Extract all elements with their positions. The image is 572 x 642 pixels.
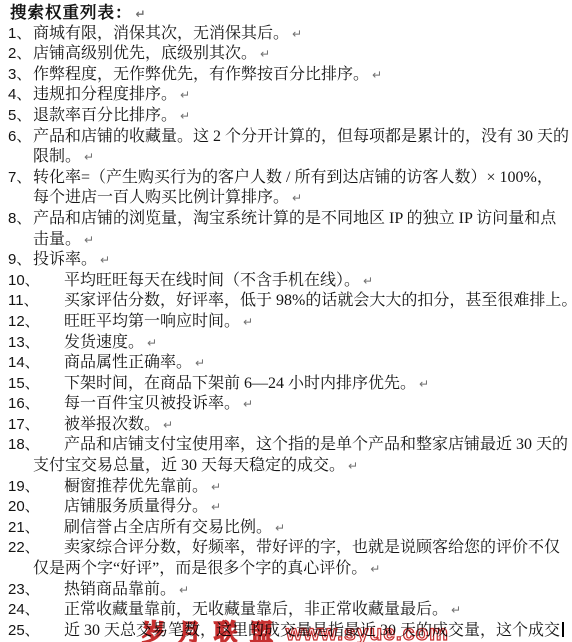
paragraph-mark-icon: ↵	[195, 356, 205, 370]
list-item-line: 19、橱窗推荐优先靠前。↵	[8, 477, 572, 498]
list-item-text: 正常收藏量靠前，无收藏量靠后，非正常收藏量最后。	[64, 601, 448, 618]
paragraph-mark-icon: ↵	[243, 315, 253, 329]
list-item-number: 12、	[8, 312, 64, 333]
list-item-line: 4、违规扣分程度排序。↵	[8, 85, 572, 106]
list-item-line: 12、旺旺平均第一响应时间。↵	[8, 312, 572, 333]
list-item-line: 11、买家评估分数，好评率，低于 98%的话就会大大的扣分，甚至很难排上。↵	[8, 291, 572, 312]
list-item-number: 10、	[8, 271, 64, 292]
list-item-text: 商城有限，消保其次，无消保其后。	[33, 25, 289, 42]
paragraph-mark-icon: ↵	[292, 27, 302, 41]
paragraph-mark-icon: ↵	[243, 397, 253, 411]
list-item-line: 9、投诉率。↵	[8, 250, 572, 271]
list-item-text: 店铺高级别优先，底级别其次。	[33, 45, 257, 62]
list-item-number: 4、	[8, 85, 33, 106]
list-item-text: 橱窗推荐优先靠前。	[64, 478, 208, 495]
list-item-number: 3、	[8, 65, 33, 86]
list-item-number: 17、	[8, 415, 64, 436]
list-item-text: 支付宝交易总量，近 30 天每天稳定的成交。	[33, 457, 345, 474]
list-item-text: 击量。	[33, 231, 81, 248]
list-item-text: 发货速度。	[64, 334, 144, 351]
list-item-text: 产品和店铺的收藏量。这 2 个分开计算的，但每项都是累计的，没有 30 天的	[33, 128, 569, 145]
paragraph-mark-icon: ↵	[419, 377, 429, 391]
list-item-number: 25、	[8, 621, 64, 642]
list-item-text: 产品和店铺的浏览量，淘宝系统计算的是不同地区 IP 的独立 IP 访问量和点	[33, 210, 556, 227]
list-item-line: 23、热销商品靠前。↵	[8, 580, 572, 601]
list-item-number: 20、	[8, 497, 64, 518]
list-item-line: 22、卖家综合评分数，好频率，带好评的字，也就是说顾客给您的评价不仅	[8, 538, 572, 559]
paragraph-mark-icon: ↵	[211, 480, 221, 494]
list-item-text: 仅是两个字“好评”，而是很多个字的真心评价。	[33, 560, 367, 577]
list-item-number: 7、	[8, 168, 33, 189]
list-item-line: 7、转化率=（产生购买行为的客户人数 / 所有到达店铺的访客人数）× 100%，	[8, 168, 572, 189]
list-item-text: 买家评估分数，好评率，低于 98%的话就会大大的扣分，甚至很难排上。	[64, 292, 572, 309]
list-item-line: 击量。↵	[8, 230, 572, 251]
paragraph-mark-icon: ↵	[211, 500, 221, 514]
list-item-number: 5、	[8, 106, 33, 127]
list-item-line: 16、每一百件宝贝被投诉率。↵	[8, 394, 572, 415]
list-item-line: 20、店铺服务质量得分。↵	[8, 497, 572, 518]
list-item-number: 1、	[8, 24, 33, 45]
list-item-text: 违规扣分程度排序。	[33, 86, 177, 103]
list-item-line: 6、产品和店铺的收藏量。这 2 个分开计算的，但每项都是累计的，没有 30 天的	[8, 127, 572, 148]
list-item-line: 14、商品属性正确率。↵	[8, 353, 572, 374]
list-item-number: 15、	[8, 374, 64, 395]
list-item-line: 15、下架时间，在商品下架前 6—24 小时内排序优先。↵	[8, 374, 572, 395]
list-item-text: 每一百件宝贝被投诉率。	[64, 395, 240, 412]
list-item-text: 限制。	[33, 148, 81, 165]
list-item-text: 热销商品靠前。	[64, 581, 176, 598]
list-item-text: 商品属性正确率。	[64, 354, 192, 371]
list-item-text: 店铺服务质量得分。	[64, 498, 208, 515]
list-item-text: 产品和店铺支付宝使用率，这个指的是单个产品和整家店铺最近 30 天的	[64, 436, 568, 453]
paragraph-mark-icon: ↵	[84, 150, 94, 164]
list-item-text: 平均旺旺每天在线时间（不含手机在线）。	[64, 272, 360, 289]
page-title: 搜索权重列表：	[10, 3, 133, 22]
paragraph-mark-icon: ↵	[372, 68, 382, 82]
list-item-number: 11、	[8, 291, 64, 312]
paragraph-mark-icon: ↵	[147, 336, 157, 350]
paragraph-mark-icon: ↵	[136, 7, 147, 21]
list-item-line: 24、正常收藏量靠前，无收藏量靠后，非正常收藏量最后。↵	[8, 600, 572, 621]
list-item-text: 卖家综合评分数，好频率，带好评的字，也就是说顾客给您的评价不仅	[64, 539, 560, 556]
paragraph-mark-icon: ↵	[260, 47, 270, 61]
list-item-number: 24、	[8, 600, 64, 621]
list-item-text: 作弊程度，无作弊优先，有作弊按百分比排序。	[33, 66, 369, 83]
list-item-line: 5、退款率百分比排序。↵	[8, 106, 572, 127]
list-item-number: 19、	[8, 477, 64, 498]
list-item-line: 18、产品和店铺支付宝使用率，这个指的是单个产品和整家店铺最近 30 天的	[8, 435, 572, 456]
list-item-line: 支付宝交易总量，近 30 天每天稳定的成交。↵	[8, 456, 572, 477]
list-item-text: 刷信誉占全店所有交易比例。	[64, 519, 272, 536]
paragraph-mark-icon: ↵	[451, 603, 461, 617]
list-item-number: 18、	[8, 435, 64, 456]
list-item-line: 13、发货速度。↵	[8, 333, 572, 354]
list-item-number: 14、	[8, 353, 64, 374]
paragraph-mark-icon: ↵	[179, 583, 189, 597]
list-item-number: 16、	[8, 394, 64, 415]
paragraph-mark-icon: ↵	[84, 233, 94, 247]
title-line: 搜索权重列表：↵	[8, 3, 572, 24]
text-cursor	[562, 622, 564, 637]
list-item-number: 2、	[8, 44, 33, 65]
list-item-number: 22、	[8, 538, 64, 559]
paragraph-mark-icon: ↵	[292, 191, 302, 205]
list-item-text: 被举报次数。	[64, 416, 160, 433]
list-item-line: 25、近 30 天总交易笔数，这里的成交量是指最近 30 天的成交量，这个成交	[8, 621, 572, 642]
list-item-number: 13、	[8, 333, 64, 354]
list-item-line: 限制。↵	[8, 147, 572, 168]
list-item-text: 近 30 天总交易笔数，这里的成交量是指最近 30 天的成交量，这个成交	[64, 622, 560, 639]
list-item-text: 退款率百分比排序。	[33, 107, 177, 124]
document-page[interactable]: 搜索权重列表：↵ 1、商城有限，消保其次，无消保其后。↵2、店铺高级别优先，底级…	[0, 0, 572, 642]
list-item-line: 17、被举报次数。↵	[8, 415, 572, 436]
paragraph-mark-icon: ↵	[100, 253, 110, 267]
paragraph-mark-icon: ↵	[370, 562, 380, 576]
list-item-text: 每个进店一百人购买比例计算排序。	[33, 189, 289, 206]
list-item-text: 下架时间，在商品下架前 6—24 小时内排序优先。	[64, 375, 416, 392]
list-item-line: 21、刷信誉占全店所有交易比例。↵	[8, 518, 572, 539]
list-item-number: 21、	[8, 518, 64, 539]
list-item-line: 10、平均旺旺每天在线时间（不含手机在线）。↵	[8, 271, 572, 292]
list-item-text: 转化率=（产生购买行为的客户人数 / 所有到达店铺的访客人数）× 100%，	[33, 169, 553, 186]
list-item-line: 3、作弊程度，无作弊优先，有作弊按百分比排序。↵	[8, 65, 572, 86]
paragraph-mark-icon: ↵	[275, 521, 285, 535]
list-item-number: 8、	[8, 209, 33, 230]
list-item-number: 9、	[8, 250, 33, 271]
paragraph-mark-icon: ↵	[180, 88, 190, 102]
paragraph-mark-icon: ↵	[348, 459, 358, 473]
list-item-line: 每个进店一百人购买比例计算排序。↵	[8, 188, 572, 209]
list-item-line: 1、商城有限，消保其次，无消保其后。↵	[8, 24, 572, 45]
paragraph-mark-icon: ↵	[180, 109, 190, 123]
list-item-line: 2、店铺高级别优先，底级别其次。↵	[8, 44, 572, 65]
list-item-line: 8、产品和店铺的浏览量，淘宝系统计算的是不同地区 IP 的独立 IP 访问量和点	[8, 209, 572, 230]
list-item-number: 6、	[8, 127, 33, 148]
list-item-number: 23、	[8, 580, 64, 601]
paragraph-mark-icon: ↵	[163, 418, 173, 432]
list-item-text: 投诉率。	[33, 251, 97, 268]
numbered-list: 1、商城有限，消保其次，无消保其后。↵2、店铺高级别优先，底级别其次。↵3、作弊…	[8, 24, 572, 642]
paragraph-mark-icon: ↵	[363, 274, 373, 288]
list-item-text: 旺旺平均第一响应时间。	[64, 313, 240, 330]
list-item-line: 仅是两个字“好评”，而是很多个字的真心评价。↵	[8, 559, 572, 580]
